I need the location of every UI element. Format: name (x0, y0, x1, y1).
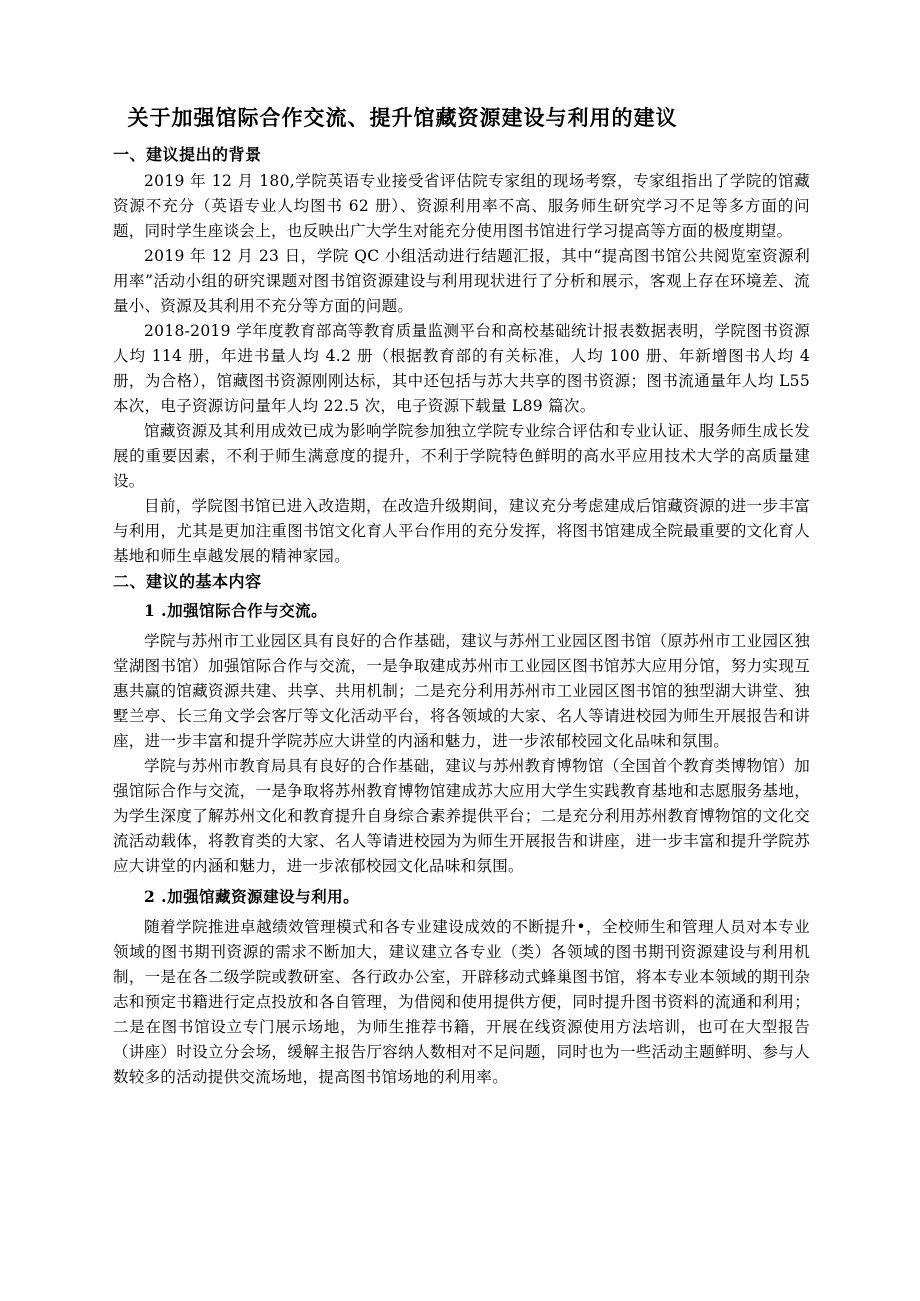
paragraph-cooperation-2: 学院与苏州市教育局具有良好的合作基础，建议与苏州教育博物馆（全国首个教育类博物馆… (113, 754, 810, 879)
section-heading-content: 二、建议的基本内容 (113, 571, 810, 593)
paragraph-background-4: 馆藏资源及其利用成效已成为影响学院参加独立学院专业综合评估和专业认证、服务师生成… (113, 419, 810, 494)
subsection-heading-resources: 2 .加强馆藏资源建设与利用。 (113, 886, 810, 908)
paragraph-cooperation-1: 学院与苏州市工业园区具有良好的合作基础，建议与苏州工业园区图书馆（原苏州市工业园… (113, 629, 810, 754)
document-title: 关于加强馆际合作交流、提升馆藏资源建设与利用的建议 (113, 102, 692, 134)
paragraph-background-1: 2019 年 12 月 180,学院英语专业接受省评估院专家组的现场考察，专家组… (113, 169, 810, 244)
paragraph-background-3: 2018-2019 学年度教育部高等教育质量监测平台和高校基础统计报表数据表明，… (113, 319, 810, 419)
section-heading-background: 一、建议提出的背景 (113, 144, 810, 166)
paragraph-background-2: 2019 年 12 月 23 日，学院 QC 小组活动进行结题汇报，其中“提高图… (113, 244, 810, 319)
document-page: 关于加强馆际合作交流、提升馆藏资源建设与利用的建议 一、建议提出的背景 2019… (0, 0, 920, 1301)
paragraph-background-5: 目前，学院图书馆已进入改造期，在改造升级期间，建议充分考虑建成后馆藏资源的进一步… (113, 494, 810, 569)
paragraph-resources-1: 随着学院推进卓越绩效管理模式和各专业建设成效的不断提升•，全校师生和管理人员对本… (113, 915, 810, 1090)
subsection-heading-cooperation: 1 .加强馆际合作与交流。 (113, 600, 810, 622)
